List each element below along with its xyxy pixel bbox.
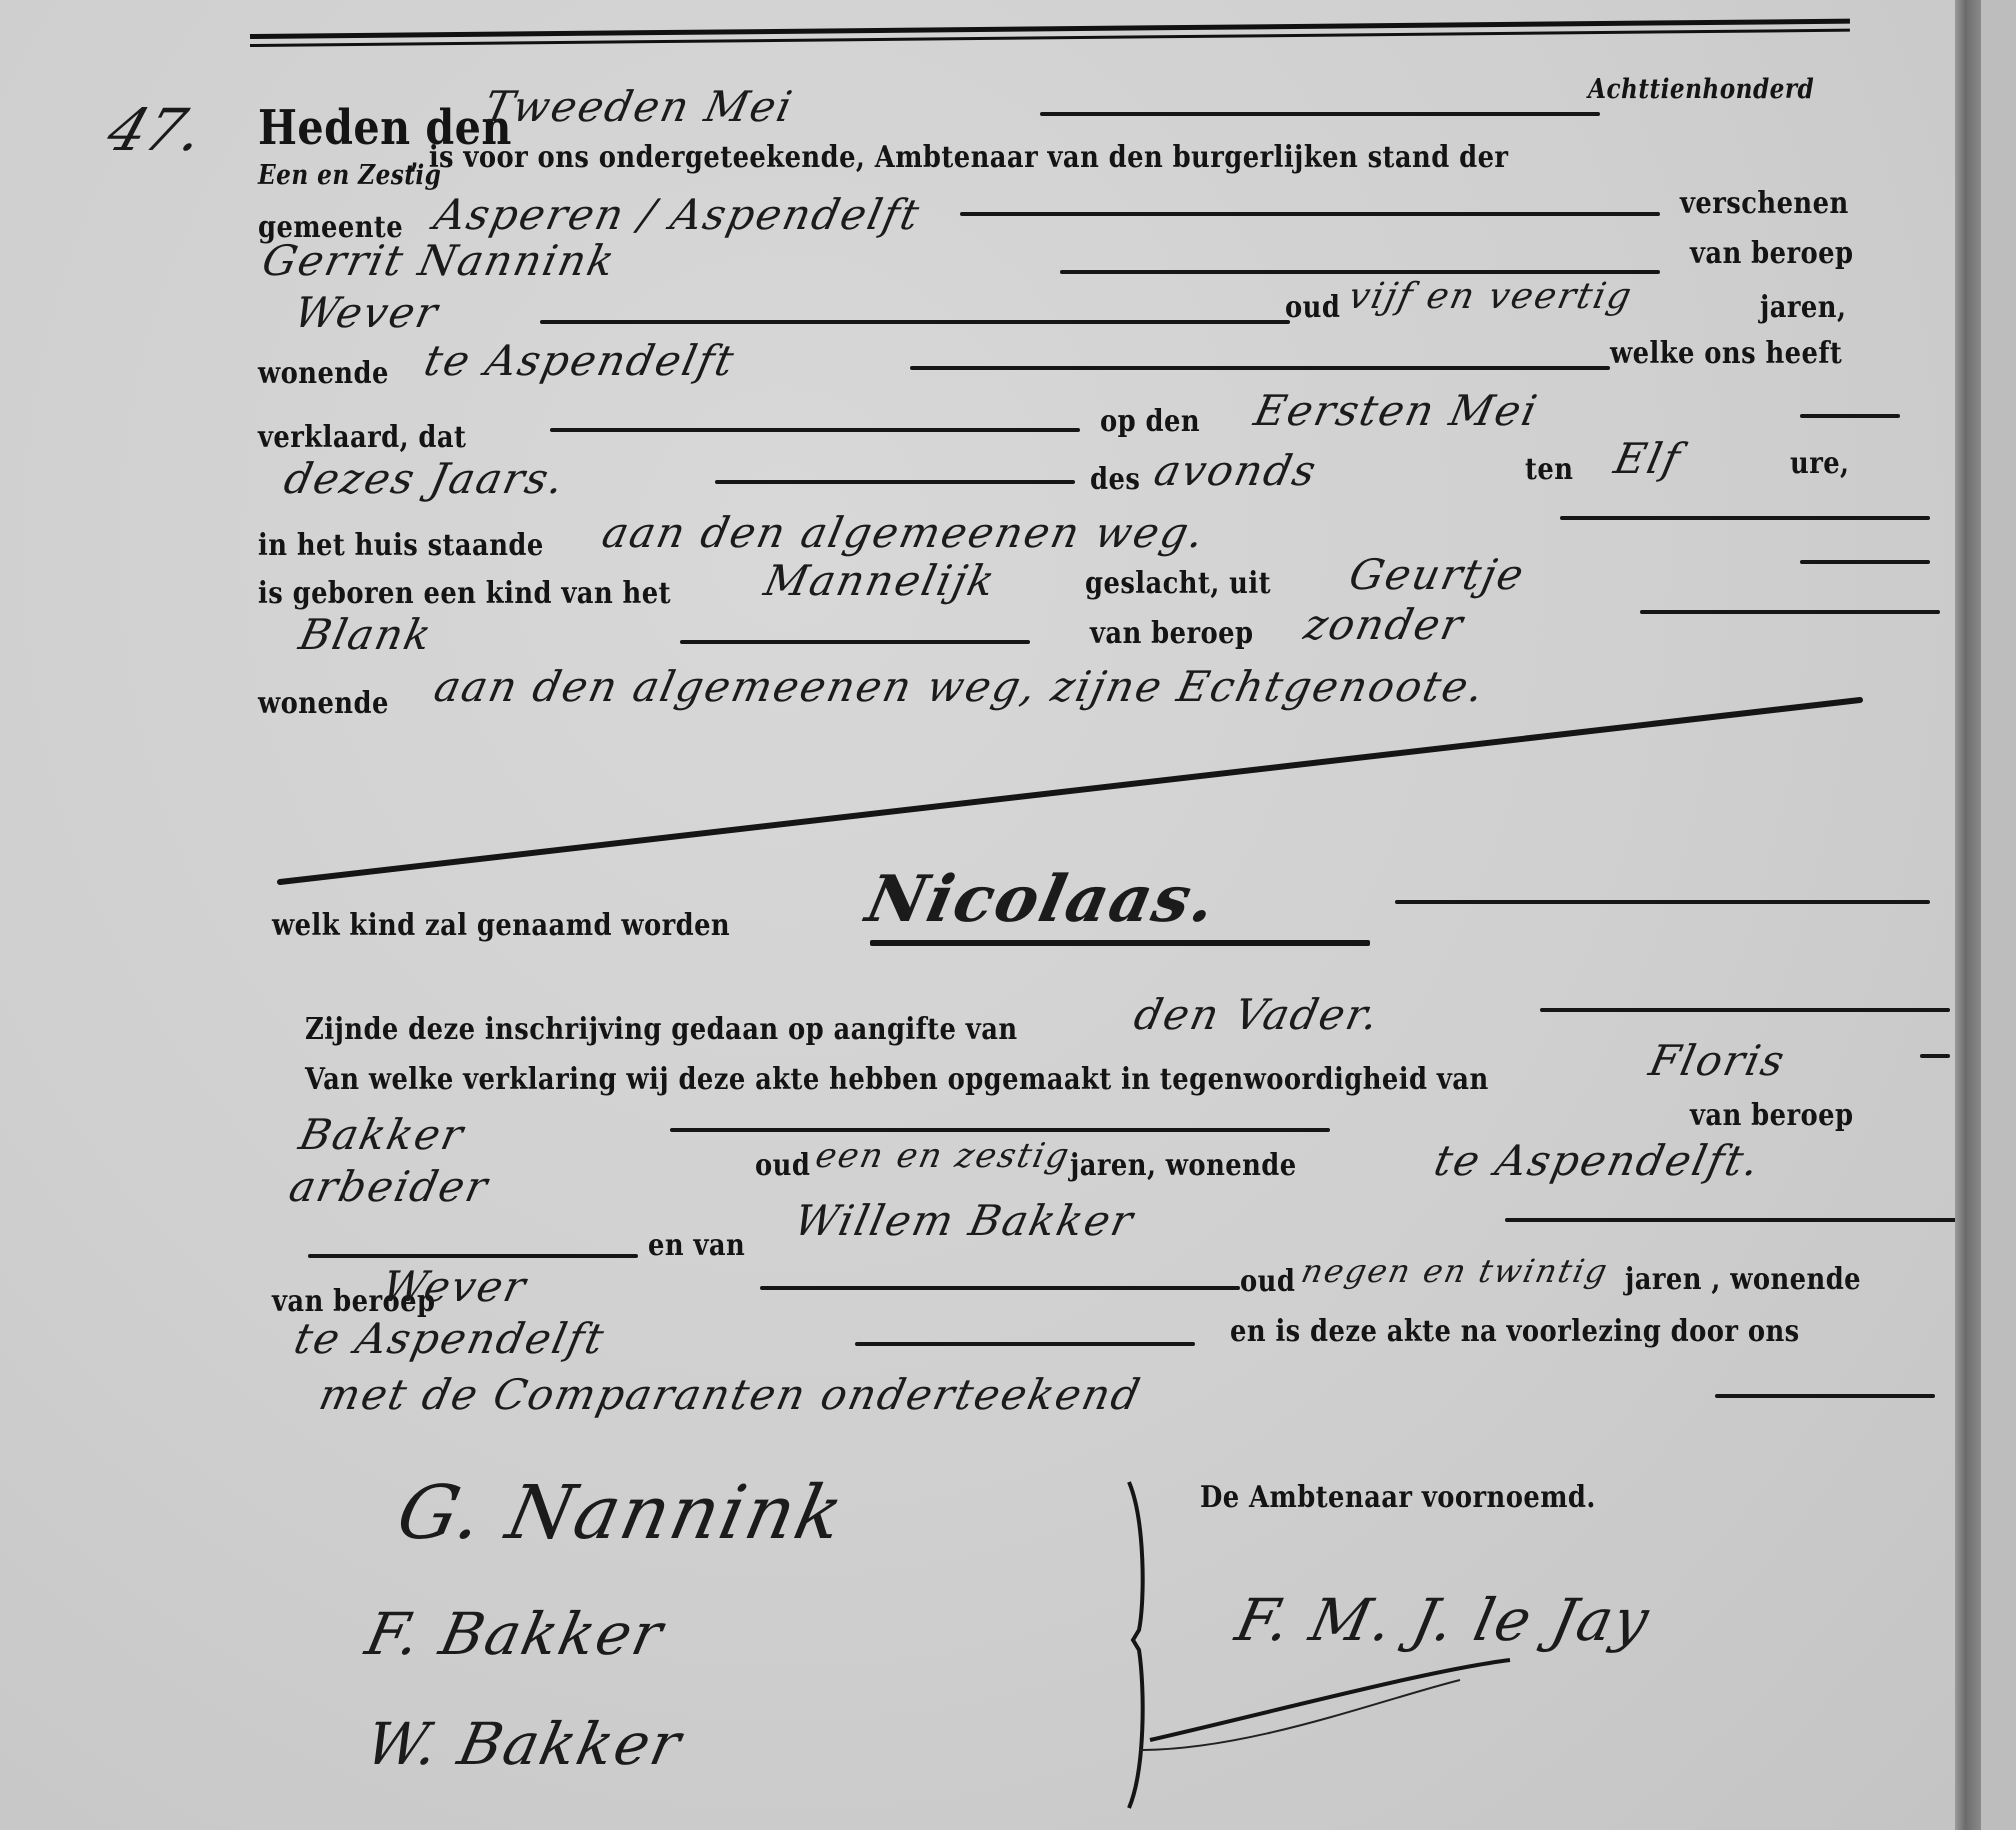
hw-informant: den Vader. bbox=[1130, 990, 1385, 1039]
printed-welk-kind: welk kind zal genaamd worden bbox=[272, 908, 730, 943]
signature-flourish bbox=[1130, 1640, 1530, 1760]
printed-oud-2: oud bbox=[755, 1148, 810, 1183]
diagonal-strike bbox=[0, 0, 1960, 1000]
hw-witness1-residence: te Aspendelft. bbox=[1430, 1136, 1765, 1185]
hw-witness2-age: negen en twintig bbox=[1298, 1252, 1612, 1290]
printed-ambtenaar: De Ambtenaar voornoemd. bbox=[1200, 1480, 1596, 1515]
hw-witness1-first: Floris bbox=[1645, 1036, 1790, 1085]
hw-witness2-occupation: Wever bbox=[378, 1262, 532, 1311]
hw-witness1-occupation: arbeider bbox=[285, 1162, 494, 1211]
fill-rule bbox=[308, 1254, 638, 1258]
fill-rule bbox=[1540, 1008, 1950, 1012]
fill-rule bbox=[1395, 900, 1930, 904]
printed-zijnde: Zijnde deze inschrijving gedaan op aangi… bbox=[305, 1012, 1018, 1047]
fill-rule bbox=[670, 1128, 1330, 1132]
page-binding-shadow bbox=[1955, 0, 1981, 1830]
hw-witness2-residence: te Aspendelft bbox=[290, 1314, 610, 1363]
printed-jaren-wonende-2: jaren, wonende bbox=[1070, 1148, 1297, 1183]
document-page: 47. Heden den Tweeden Mei Achttienhonder… bbox=[0, 0, 1960, 1830]
signature-witness2: W. Bakker bbox=[360, 1710, 688, 1778]
page-edge bbox=[1981, 0, 2016, 1830]
fill-rule bbox=[1920, 1054, 1950, 1058]
printed-van-beroep-3: van beroep bbox=[1690, 1098, 1853, 1133]
printed-jaren-wonende-3: jaren , wonende bbox=[1625, 1262, 1861, 1297]
signature-witness1: F. Bakker bbox=[360, 1600, 670, 1668]
printed-en-van: en van bbox=[648, 1228, 745, 1263]
hw-closing: met de Comparanten onderteekend bbox=[315, 1370, 1146, 1419]
child-name-underline bbox=[870, 940, 1370, 946]
printed-van-welke: Van welke verklaring wij deze akte hebbe… bbox=[305, 1062, 1489, 1097]
fill-rule bbox=[1505, 1218, 1975, 1222]
printed-oud-3: oud bbox=[1240, 1264, 1295, 1299]
fill-rule bbox=[1715, 1394, 1935, 1398]
hw-witness1-last: Bakker bbox=[295, 1110, 469, 1159]
fill-rule bbox=[760, 1286, 1240, 1290]
fill-rule bbox=[855, 1342, 1195, 1346]
hw-witness2-name: Willem Bakker bbox=[790, 1196, 1139, 1245]
hw-child-name: Nicolaas. bbox=[860, 862, 1224, 937]
signature-declarant: G. Nannink bbox=[390, 1470, 852, 1556]
printed-en-is-deze: en is deze akte na voorlezing door ons bbox=[1230, 1314, 1800, 1349]
hw-witness1-age: een en zestig bbox=[812, 1136, 1074, 1176]
